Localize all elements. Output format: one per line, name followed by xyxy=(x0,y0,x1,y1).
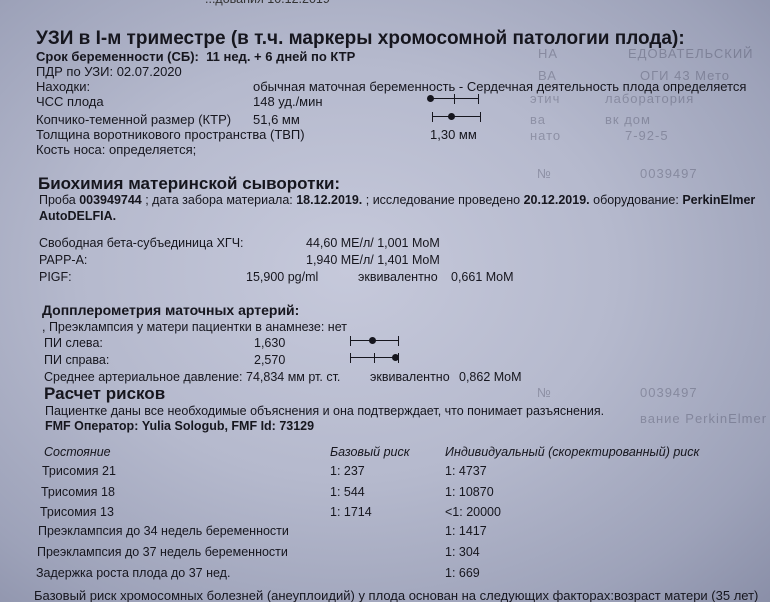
cut-off-header: ...дования 10.12.2019 xyxy=(205,0,330,6)
findings-label: Находки: xyxy=(36,79,90,94)
range-dot xyxy=(369,337,376,344)
pigf-label: PIGF: xyxy=(39,270,72,284)
doppler-title: Допплерометрия маточных артерий: xyxy=(42,302,299,318)
pigf-equiv-value: 0,661 MoM xyxy=(451,270,514,284)
range-line xyxy=(432,116,480,117)
consent-note: Пациентке даны все необходимые объяснени… xyxy=(45,404,604,418)
range-tick xyxy=(374,353,375,363)
condition-cell: Трисомия 21 xyxy=(42,464,116,478)
base-risk-cell: 1: 1714 xyxy=(330,505,372,519)
fhr-value: 148 уд./мин xyxy=(253,94,323,109)
crl-value: 51,6 мм xyxy=(253,112,300,127)
footer-note: Базовый риск хромосомных болезней (анеуп… xyxy=(34,588,758,602)
fhr-range-marker xyxy=(430,94,478,104)
biochem-title: Биохимия материнской сыворотки: xyxy=(38,174,340,194)
range-tick xyxy=(454,94,455,104)
pappa-label: PAPP-A: xyxy=(39,253,87,267)
header-condition: Состояние xyxy=(44,445,111,459)
hcg-label: Свободная бета-субъединица ХГЧ: xyxy=(39,236,244,250)
individual-risk-cell: 1: 1417 xyxy=(445,524,487,538)
condition-cell: Трисомия 18 xyxy=(41,485,115,499)
pappa-value: 1,940 МЕ/л/ 1,401 MoM xyxy=(306,253,440,267)
header-individual-risk: Индивидуальный (скоректированный) риск xyxy=(445,445,699,459)
range-dot xyxy=(392,354,399,361)
pigf-equiv-label: эквивалентно xyxy=(358,270,438,284)
pi-right-range-marker xyxy=(350,353,398,363)
sample-info: Проба 003949744 ; дата забора материала:… xyxy=(39,193,755,207)
equipment-line2: AutoDELFIA. xyxy=(39,209,116,223)
operator: FMF Оператор: Yulia Sologub, FMF Id: 731… xyxy=(45,419,314,433)
pi-right-label: ПИ справа: xyxy=(44,353,109,367)
individual-risk-cell: 1: 4737 xyxy=(445,464,487,478)
header-base-risk: Базовый риск xyxy=(330,445,410,459)
condition-cell: Преэклампсия до 37 недель беременности xyxy=(37,545,288,559)
individual-risk-cell: 1: 669 xyxy=(445,566,480,580)
range-tick xyxy=(350,336,351,346)
range-tick xyxy=(350,353,351,363)
due-date: ПДР по УЗИ: 02.07.2020 xyxy=(36,64,182,79)
range-dot xyxy=(427,95,434,102)
individual-risk-cell: <1: 20000 xyxy=(445,505,501,519)
individual-risk-cell: 1: 304 xyxy=(445,545,480,559)
range-tick xyxy=(432,112,433,122)
pi-left-range-marker xyxy=(350,336,398,346)
base-risk-cell: 1: 544 xyxy=(330,485,365,499)
gestation-age: Срок беременности (СБ): 11 нед. + 6 дней… xyxy=(36,49,355,64)
map-equiv-value: 0,862 MoM xyxy=(459,370,522,384)
preeclampsia-history: , Преэклампсия у матери пациентки в анам… xyxy=(42,320,347,334)
pi-right-value: 2,570 xyxy=(254,353,285,367)
nt-label: Толщина воротникового пространства (ТВП) xyxy=(36,127,305,142)
hcg-value: 44,60 МЕ/л/ 1,001 MoM xyxy=(306,236,440,250)
range-tick xyxy=(478,94,479,104)
nasal-bone: Кость носа: определяется; xyxy=(36,142,196,157)
pi-left-label: ПИ слева: xyxy=(44,336,103,350)
range-dot xyxy=(448,113,455,120)
map-value: 74,834 мм рт. ст. xyxy=(246,370,340,384)
base-risk-cell: 1: 237 xyxy=(330,464,365,478)
range-tick xyxy=(480,112,481,122)
findings-value: обычная маточная беременность - Сердечна… xyxy=(253,79,746,94)
pi-left-value: 1,630 xyxy=(254,336,285,350)
condition-cell: Трисомия 13 xyxy=(40,505,114,519)
crl-label: Копчико-теменной размер (КТР) xyxy=(36,112,231,127)
range-tick xyxy=(398,336,399,346)
map-equiv-label: эквивалентно xyxy=(370,370,450,384)
condition-cell: Преэклампсия до 34 недель беременности xyxy=(38,524,289,538)
ultrasound-title: УЗИ в I-м триместре (в т.ч. маркеры хром… xyxy=(36,28,685,50)
fhr-label: ЧСС плода xyxy=(36,94,104,109)
individual-risk-cell: 1: 10870 xyxy=(445,485,494,499)
condition-cell: Задержка роста плода до 37 нед. xyxy=(36,566,230,580)
pigf-value: 15,900 pg/ml xyxy=(246,270,318,284)
risk-title: Расчет рисков xyxy=(44,384,165,404)
nt-value: 1,30 мм xyxy=(430,127,477,142)
map-label: Среднее артериальное давление: xyxy=(44,370,243,384)
crl-range-marker xyxy=(432,112,480,122)
